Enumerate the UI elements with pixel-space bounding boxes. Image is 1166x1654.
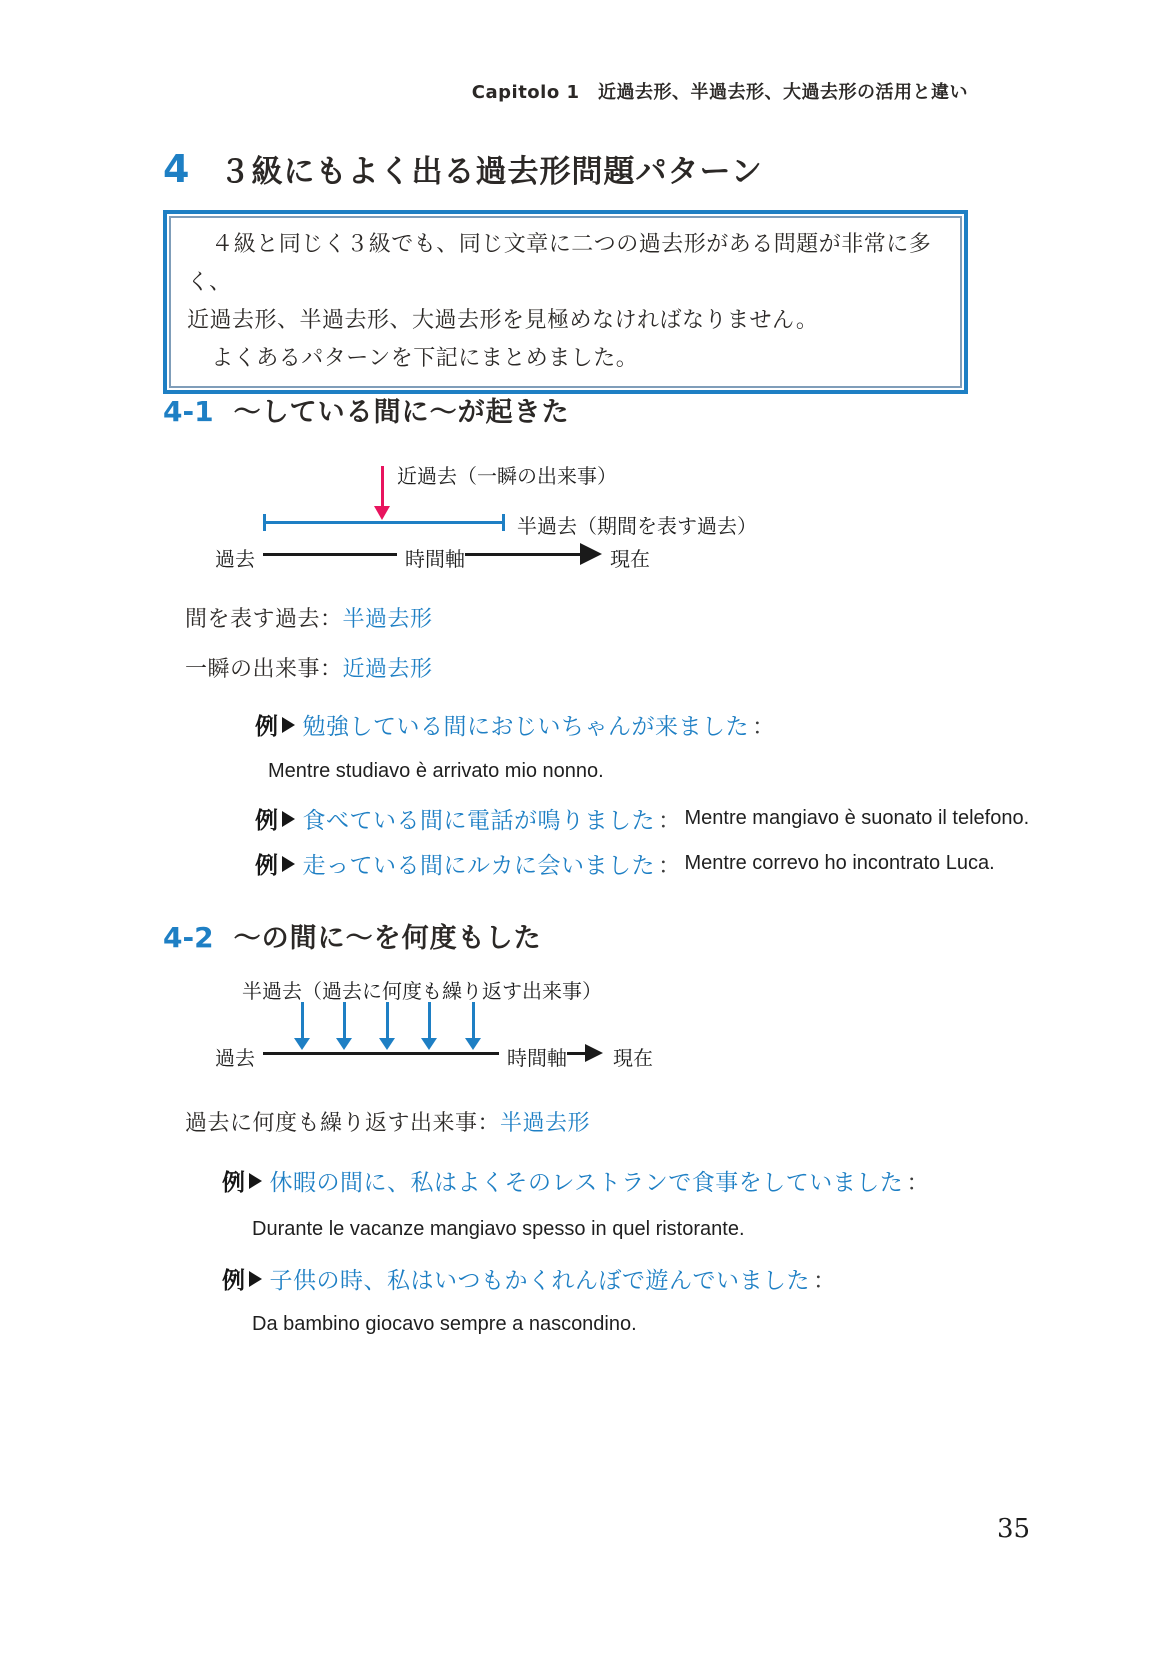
past-label: 過去 [215, 1042, 255, 1071]
subsection-number: 4-1 [163, 395, 214, 428]
page-number: 35 [997, 1514, 1030, 1544]
subsection-4-1-heading: 4-1 〜している間に〜が起きた [163, 390, 570, 429]
example-colon: ： [906, 1164, 930, 1197]
example-arrow-icon [249, 1173, 262, 1189]
note-label: 間を表す過去： [185, 607, 343, 632]
example-colon: ： [813, 1262, 837, 1295]
timeline-diagram-1: 近過去（一瞬の出来事） 半過去（期間を表す過去） 過去 時間軸 現在 [185, 460, 825, 572]
note-line: 過去に何度も繰り返す出来事：半過去形 [185, 1106, 590, 1137]
example-colon: ： [658, 847, 682, 880]
note-term: 半過去形 [343, 607, 433, 632]
subsection-title: 〜の間に〜を何度もした [234, 916, 542, 955]
example-row: 例 食べている間に電話が鳴りました ： Mentre mangiavo è su… [255, 802, 1029, 835]
repeat-arrowhead-icon [379, 1038, 395, 1050]
span-right-cap [502, 514, 505, 531]
subsection-4-2-heading: 4-2 〜の間に〜を何度もした [163, 916, 542, 955]
intro-line-3: よくあるパターンを下記にまとめました。 [187, 340, 944, 378]
intro-line-2: 近過去形、半過去形、大過去形を見極めなければなりません。 [187, 302, 944, 340]
repeat-arrowhead-icon [336, 1038, 352, 1050]
imperfetto-span-line [263, 521, 505, 524]
passato-prossimo-arrowhead-icon [374, 506, 390, 520]
section-number: 4 [163, 147, 189, 191]
note-label: 過去に何度も繰り返す出来事： [185, 1111, 500, 1136]
example-italian: Mentre mangiavo è suonato il telefono. [685, 807, 1030, 830]
example-japanese: 食べている間に電話が鳴りました [303, 802, 656, 835]
note-line: 一瞬の出来事：近過去形 [185, 652, 433, 683]
timeline-arrow-icon [585, 1044, 603, 1062]
timeline-diagram-2: 半過去（過去に何度も繰り返す出来事） 過去 時間軸 現在 [185, 975, 825, 1075]
section-title: ３級にもよく出る過去形問題パターン [219, 146, 762, 191]
timeline-line [567, 1052, 585, 1055]
note-label: 一瞬の出来事： [185, 657, 343, 682]
note-line: 間を表す過去：半過去形 [185, 602, 433, 633]
timeline-line [465, 553, 582, 556]
subsection-number: 4-2 [163, 921, 214, 954]
time-axis-label: 時間軸 [507, 1042, 567, 1071]
example-row: 例 勉強している間におじいちゃんが来ました ： [255, 708, 779, 741]
timeline-arrow-icon [580, 543, 602, 565]
intro-box: ４級と同じく３級でも、同じ文章に二つの過去形がある問題が非常に多く、 近過去形、… [163, 210, 968, 394]
example-arrow-icon [249, 1271, 262, 1287]
repeat-arrow-icon [472, 1002, 475, 1038]
timeline-line [263, 1052, 499, 1055]
time-axis-label: 時間軸 [405, 543, 465, 572]
example-row: 例 休暇の間に、私はよくそのレストランで食事をしていました ： [222, 1164, 933, 1197]
intro-line-1: ４級と同じく３級でも、同じ文章に二つの過去形がある問題が非常に多く、 [187, 226, 944, 302]
repeat-arrow-icon [343, 1002, 346, 1038]
example-japanese: 子供の時、私はいつもかくれんぼで遊んでいました [270, 1262, 811, 1295]
example-label: 例 [222, 1164, 262, 1197]
repeat-arrowhead-icon [294, 1038, 310, 1050]
note-term: 近過去形 [343, 657, 433, 682]
example-japanese: 走っている間にルカに会いました [303, 847, 656, 880]
example-arrow-icon [282, 811, 295, 827]
example-italian: Mentre correvo ho incontrato Luca. [685, 852, 995, 875]
example-arrow-icon [282, 856, 295, 872]
repeat-arrow-icon [428, 1002, 431, 1038]
example-colon: ： [752, 708, 776, 741]
note-term: 半過去形 [500, 1111, 590, 1136]
example-label: 例 [255, 847, 295, 880]
example-italian: Durante le vacanze mangiavo spesso in qu… [252, 1218, 745, 1241]
example-label: 例 [255, 708, 295, 741]
example-italian: Mentre studiavo è arrivato mio nonno. [268, 760, 604, 783]
passato-prossimo-label: 近過去（一瞬の出来事） [397, 460, 617, 489]
imperfetto-repeat-label: 半過去（過去に何度も繰り返す出来事） [242, 975, 602, 1004]
subsection-title: 〜している間に〜が起きた [234, 390, 570, 429]
chapter-header: Capitolo 1 近過去形、半過去形、大過去形の活用と違い [472, 78, 968, 104]
present-label: 現在 [613, 1042, 653, 1071]
example-label: 例 [222, 1262, 262, 1295]
repeat-arrow-icon [301, 1002, 304, 1038]
example-japanese: 休暇の間に、私はよくそのレストランで食事をしていました [270, 1164, 904, 1197]
repeat-arrow-icon [386, 1002, 389, 1038]
section-heading: 4 ３級にもよく出る過去形問題パターン [163, 146, 763, 191]
example-row: 例 走っている間にルカに会いました ： Mentre correvo ho in… [255, 847, 995, 880]
span-left-cap [263, 514, 266, 531]
example-italian: Da bambino giocavo sempre a nascondino. [252, 1313, 637, 1336]
present-label: 現在 [610, 543, 650, 572]
example-japanese: 勉強している間におじいちゃんが来ました [303, 708, 750, 741]
timeline-line [263, 553, 397, 556]
example-arrow-icon [282, 717, 295, 733]
past-label: 過去 [215, 543, 255, 572]
book-page: Capitolo 1 近過去形、半過去形、大過去形の活用と違い 4 ３級にもよく… [0, 0, 1166, 1654]
example-colon: ： [658, 802, 682, 835]
passato-prossimo-arrow-icon [381, 466, 384, 508]
example-row: 例 子供の時、私はいつもかくれんぼで遊んでいました ： [222, 1262, 840, 1295]
repeat-arrowhead-icon [421, 1038, 437, 1050]
imperfetto-label: 半過去（期間を表す過去） [517, 510, 757, 539]
example-label: 例 [255, 802, 295, 835]
intro-box-inner: ４級と同じく３級でも、同じ文章に二つの過去形がある問題が非常に多く、 近過去形、… [169, 216, 962, 388]
repeat-arrowhead-icon [465, 1038, 481, 1050]
